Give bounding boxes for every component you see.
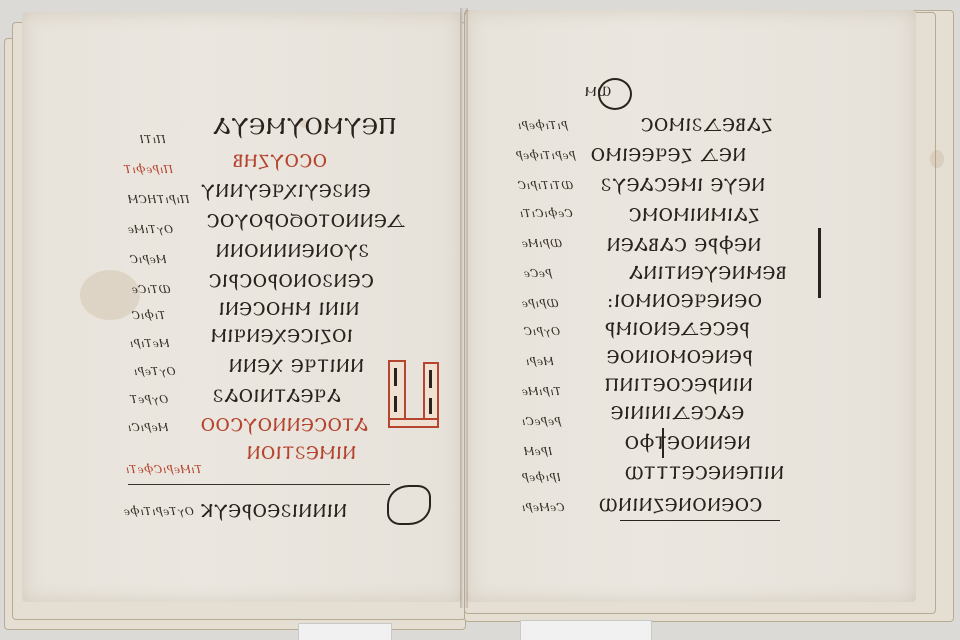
right-text-line: ⲚⲒⲚⲢⲈⲤⲞⲈⲦⲒⲚⲠ: [604, 374, 753, 396]
left-final-line: ⲚⲒⲚⲚⲒϨⲈⲞⲢⲈⲨⲔ: [200, 500, 347, 523]
book-gutter: [460, 8, 468, 608]
left-text-line: ⲈⲚϨⲈⲨⲒⲬϤⲈⲨⲚⲚⲨ: [200, 180, 370, 203]
margin-note: ⲤⲉⲪⲓⲤⲓⲦⲓ: [520, 206, 573, 221]
margin-note: ⲦⲓⲪⲓⲤ: [132, 308, 167, 323]
margin-note-red: ⲦⲓⲘⲉⲢⲓⲤⲪⲉⲦⲓ: [126, 462, 203, 477]
right-page-heading-mark: ⲰⲘ: [584, 84, 611, 100]
margin-note: ⲘⲉⲦⲓⲢⲓ: [130, 336, 170, 351]
right-text-line: ⲚⲒⲠⲈⲚⲈⲤⲈⲦⲦⲦⲰ: [624, 462, 784, 484]
margin-note: ⲘⲉⲢⲓⲤ: [130, 252, 167, 267]
margin-note: ⲢⲓⲦⲓⲪⲉⲢⲓ: [518, 118, 569, 133]
margin-note-red: ⲠⲓⲢⲉⲪⲓⲦ: [124, 162, 174, 177]
margin-note: ⲢⲉⲢⲉⲤⲓ: [522, 414, 562, 429]
right-text-line: ⲢⲈⲚⲈⲞⲘⲞⲒⲚⲞⲈ: [606, 346, 753, 368]
left-rubric-text-line: ⲚⲒⲘⲈϨⲦⲒⲞⲚ: [246, 442, 356, 465]
margin-note: ⲞⲩⲦⲓⲘⲉ: [128, 222, 174, 237]
left-text-line: ⲆⲈⲚⲚⲞⲦⲞϬⲞⲢⲞⲨⲞⲤ: [206, 210, 405, 233]
left-rubric-text-line: ⲀⲦⲞⲤⲈⲚⲚⲞⲨⲤⲞⲞ: [200, 414, 368, 436]
right-text-line: ⲚⲈⲨⲈ ⲒⲘⲈⲤⲀⲈⲨϨ: [600, 174, 765, 197]
left-rubric-line: ⲞⲤⲞⲨⲌⲎⲂ: [232, 150, 327, 172]
left-text-line: ⲀϤⲈⲀⲦⲚⲒⲞⲀϨ: [212, 385, 341, 408]
flourish-stroke: [662, 428, 664, 458]
left-text-line: ϨⲨⲞⲚⲈⲚⲚⲚⲞⲚⲚ: [215, 240, 369, 263]
decorated-initial: [388, 360, 406, 426]
left-text-line: ⲚⲒⲚⲒ ⲘⲎⲞⲤⲈⲚⲒ: [218, 298, 359, 320]
margin-note: ⲞⲩⲦⲉⲢⲓ: [134, 364, 176, 379]
margin-note: ⲢⲉⲢⲓⲦⲓⲪⲉⲢ: [516, 148, 576, 163]
paper-stain: [930, 150, 944, 168]
right-text-line: ⲌⲀⲂⲈⲆϨⲒⲘⲞⲤ: [640, 114, 772, 137]
left-text-line: ⲤⲈⲚϨⲞⲚⲞⲢⲞⲤⲢⲒⲤ: [208, 270, 374, 293]
margin-note: ⲘⲉⲢⲓ: [526, 354, 554, 369]
decorated-initial: [423, 362, 439, 426]
margin-note: ⲤⲉⲘⲉⲢⲓ: [522, 500, 565, 515]
right-text-line: ⲞⲈⲚⲈϤⲈⲞⲚⲘⲞⲒ:: [606, 290, 762, 313]
margin-note: ⲒⲢⲉⲘ: [524, 444, 553, 459]
margin-note: ⲠⲓⲦⲒ: [140, 132, 166, 147]
right-text-line: ⲚⲈⲚⲚⲞⲈⲦⲪⲞ: [624, 432, 751, 454]
margin-note: ⲒⲢⲓⲪⲉⲢ: [522, 470, 561, 485]
paper-tab: [520, 620, 652, 640]
right-text-line: ⲈⲀⲤⲈⲆⲒⲚⲒⲚⲒⲈ: [610, 402, 744, 424]
margin-note: ⲞⲩⲢⲓⲤ: [524, 324, 561, 339]
right-text-line: ⲌⲀⲒⲘⲚⲒⲘⲞⲘⲤ: [628, 204, 759, 226]
margin-note: ⲘⲉⲢⲓⲤⲓ: [128, 420, 169, 435]
left-text-line: ⲒⲞⲌⲒⲤⲈⲬⲈⲚϤⲒⲘ: [210, 325, 353, 348]
right-text-line: ⲢⲈⲤⲈⲆⲈⲚⲞⲒⲘⲢ: [604, 318, 749, 340]
ornament-circle-mark: [387, 485, 431, 525]
right-text-line: ⲚⲈⲪⲢⲈ ⲤⲀⲂⲀⲈⲚ: [606, 234, 761, 256]
flourish-stroke: [818, 228, 821, 298]
right-text-line: ⲂⲈⲘⲚⲈⲨⲈⲚⲦⲒⲚⲀ: [628, 262, 786, 284]
paper-tab: [298, 623, 392, 640]
margin-note-bottom: ⲞⲩⲦⲉⲢⲓⲦⲓⲪⲉ: [124, 504, 195, 519]
text-separator-rule: [128, 484, 390, 485]
margin-note: ⲰⲢⲓⲘⲉ: [522, 236, 563, 251]
right-text-line: ⲤⲞⲈⲚⲞⲚⲈⲌⲚⲒⲚⲰ: [598, 494, 762, 516]
margin-note: ⲰⲦⲓⲦⲓⲢⲓⲤ: [518, 178, 574, 193]
margin-note: ⲦⲓⲢⲓⲘⲉ: [522, 384, 562, 399]
right-text-line: ⲚⲈⲆ ⲌⲈϤⲈⲈⲒⲘⲞ: [590, 144, 746, 167]
margin-note: ⲰⲦⲓⲤⲉ: [132, 282, 171, 297]
underline-stroke: [620, 520, 780, 521]
margin-note: ⲠⲓⲢⲓⲦⲎⲤⲘ: [128, 192, 190, 207]
margin-note: ⲰⲢⲓⲢⲉ: [522, 296, 559, 311]
left-page-heading: ⲠⲈⲨⲘⲞⲨⲘⲈⲨⲀ: [212, 112, 396, 140]
left-text-line: ⲚⲚⲒⲦϤⲈ ⲬⲈⲚⲚ: [228, 355, 364, 378]
margin-note: ⲢⲉⲤⲉ: [524, 266, 553, 281]
decorated-initial-base: [388, 418, 439, 428]
margin-note: ⲞⲩⲢⲉⲦ: [130, 392, 169, 407]
